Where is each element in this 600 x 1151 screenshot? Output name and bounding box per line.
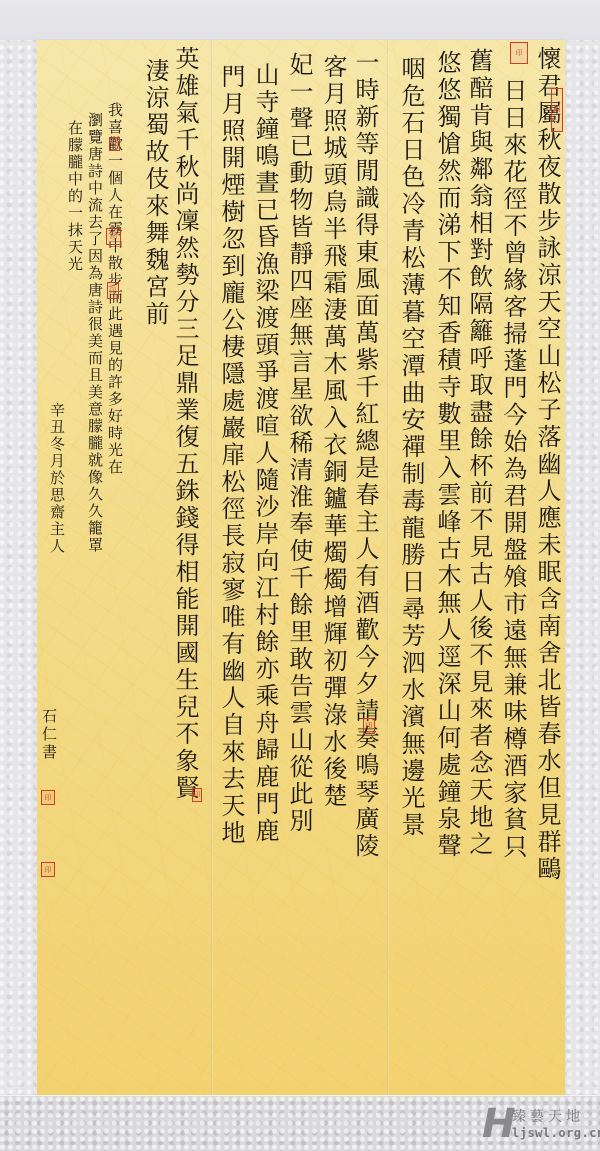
seal-stamp-icon: 印 xyxy=(510,42,528,64)
scroll-mount-top xyxy=(0,0,600,40)
calligraphy-paper: 懷君屬秋夜散步詠涼天空山松子落幽人應未眠含南舍北皆春水但見群鷗 日日來花徑不曾緣… xyxy=(37,40,565,1095)
artist-signature: 石仁書 xyxy=(41,708,56,762)
seal-stamp-icon: 印 xyxy=(192,788,202,802)
inscription-column: 在朦朧中的一抹天光 xyxy=(67,120,82,273)
calligraphy-column: 妃一聲已動物皆靜四座無言星欲稀清淮奉使千餘里敢告雲山從此別 xyxy=(287,52,311,835)
calligraphy-column: 淒涼蜀故伎來舞魏宮前 xyxy=(143,58,167,328)
watermark-logo-icon: H xyxy=(482,1104,515,1144)
inscription-date-column: 辛丑冬月於思齋主人 xyxy=(49,402,64,555)
panel-seam-left xyxy=(211,40,213,1095)
seal-stamp-icon: 印 xyxy=(41,790,55,805)
calligraphy-column: 門月照開煙樹忽到龐公棲隱處巖扉松徑長寂寥唯有幽人自來去天地 xyxy=(219,64,243,847)
calligraphy-column: 悠悠獨愴然而涕下不知香積寺數里入雲峰古木無人逕深山何處鐘泉聲 xyxy=(435,50,459,860)
calligraphy-column: 客月照城頭烏半飛霜淒萬木風入衣銅鑪華燭燭增輝初彈淥水後楚 xyxy=(321,54,345,810)
seal-stamp-icon: 印 xyxy=(363,718,375,734)
calligraphy-column: 日日來花徑不曾緣客掃蓬門今始為君開盤飧市遠無兼味樽酒家貧只 xyxy=(501,78,525,861)
seal-stamp-icon: 印 xyxy=(41,862,55,877)
panel-seam-right xyxy=(387,40,389,1095)
calligraphy-column: 英雄氣千秋尚凜然勢分三足鼎業復五銖錢得相能開國生兒不象賢 xyxy=(173,46,197,802)
watermark-url: ljswl.org.cn xyxy=(512,1126,600,1140)
calligraphy-column: 咽危石日色冷青松薄暮空潭曲安禪制毒龍勝日尋芳泗水濱無邊光景 xyxy=(399,56,423,839)
site-watermark: H 臻藝天地 ljswl.org.cn xyxy=(482,1102,597,1146)
seal-stamp-icon: 印 xyxy=(109,137,120,151)
inscription-column: 瀏覽唐詩中流去了因為唐詩很美而且美意朦朧就像久久籠罩 xyxy=(87,112,102,554)
calligraphy-column: 一時新等閒識得東風面萬紫千紅總是春主人有酒歡今夕請奏鳴琴廣陵 xyxy=(353,50,377,860)
calligraphy-column: 懷君屬秋夜散步詠涼天空山松子落幽人應未眠含南舍北皆春水但見群鷗 xyxy=(535,46,559,883)
calligraphy-column: 山寺鐘鳴晝已昏漁梁渡頭爭渡喧人隨沙岸向江村餘亦乘舟歸鹿門鹿 xyxy=(253,62,277,845)
watermark-site-name: 臻藝天地 xyxy=(512,1106,584,1126)
calligraphy-column: 舊醅肯與鄰翁相對飲隔籬呼取盡餘杯前不見古人後不見來者念天地之 xyxy=(467,48,491,858)
seal-stamp-icon: 印 xyxy=(551,88,563,132)
seal-stamp-icon: 印 xyxy=(107,282,119,299)
seal-stamp-icon: 印 xyxy=(106,228,121,245)
